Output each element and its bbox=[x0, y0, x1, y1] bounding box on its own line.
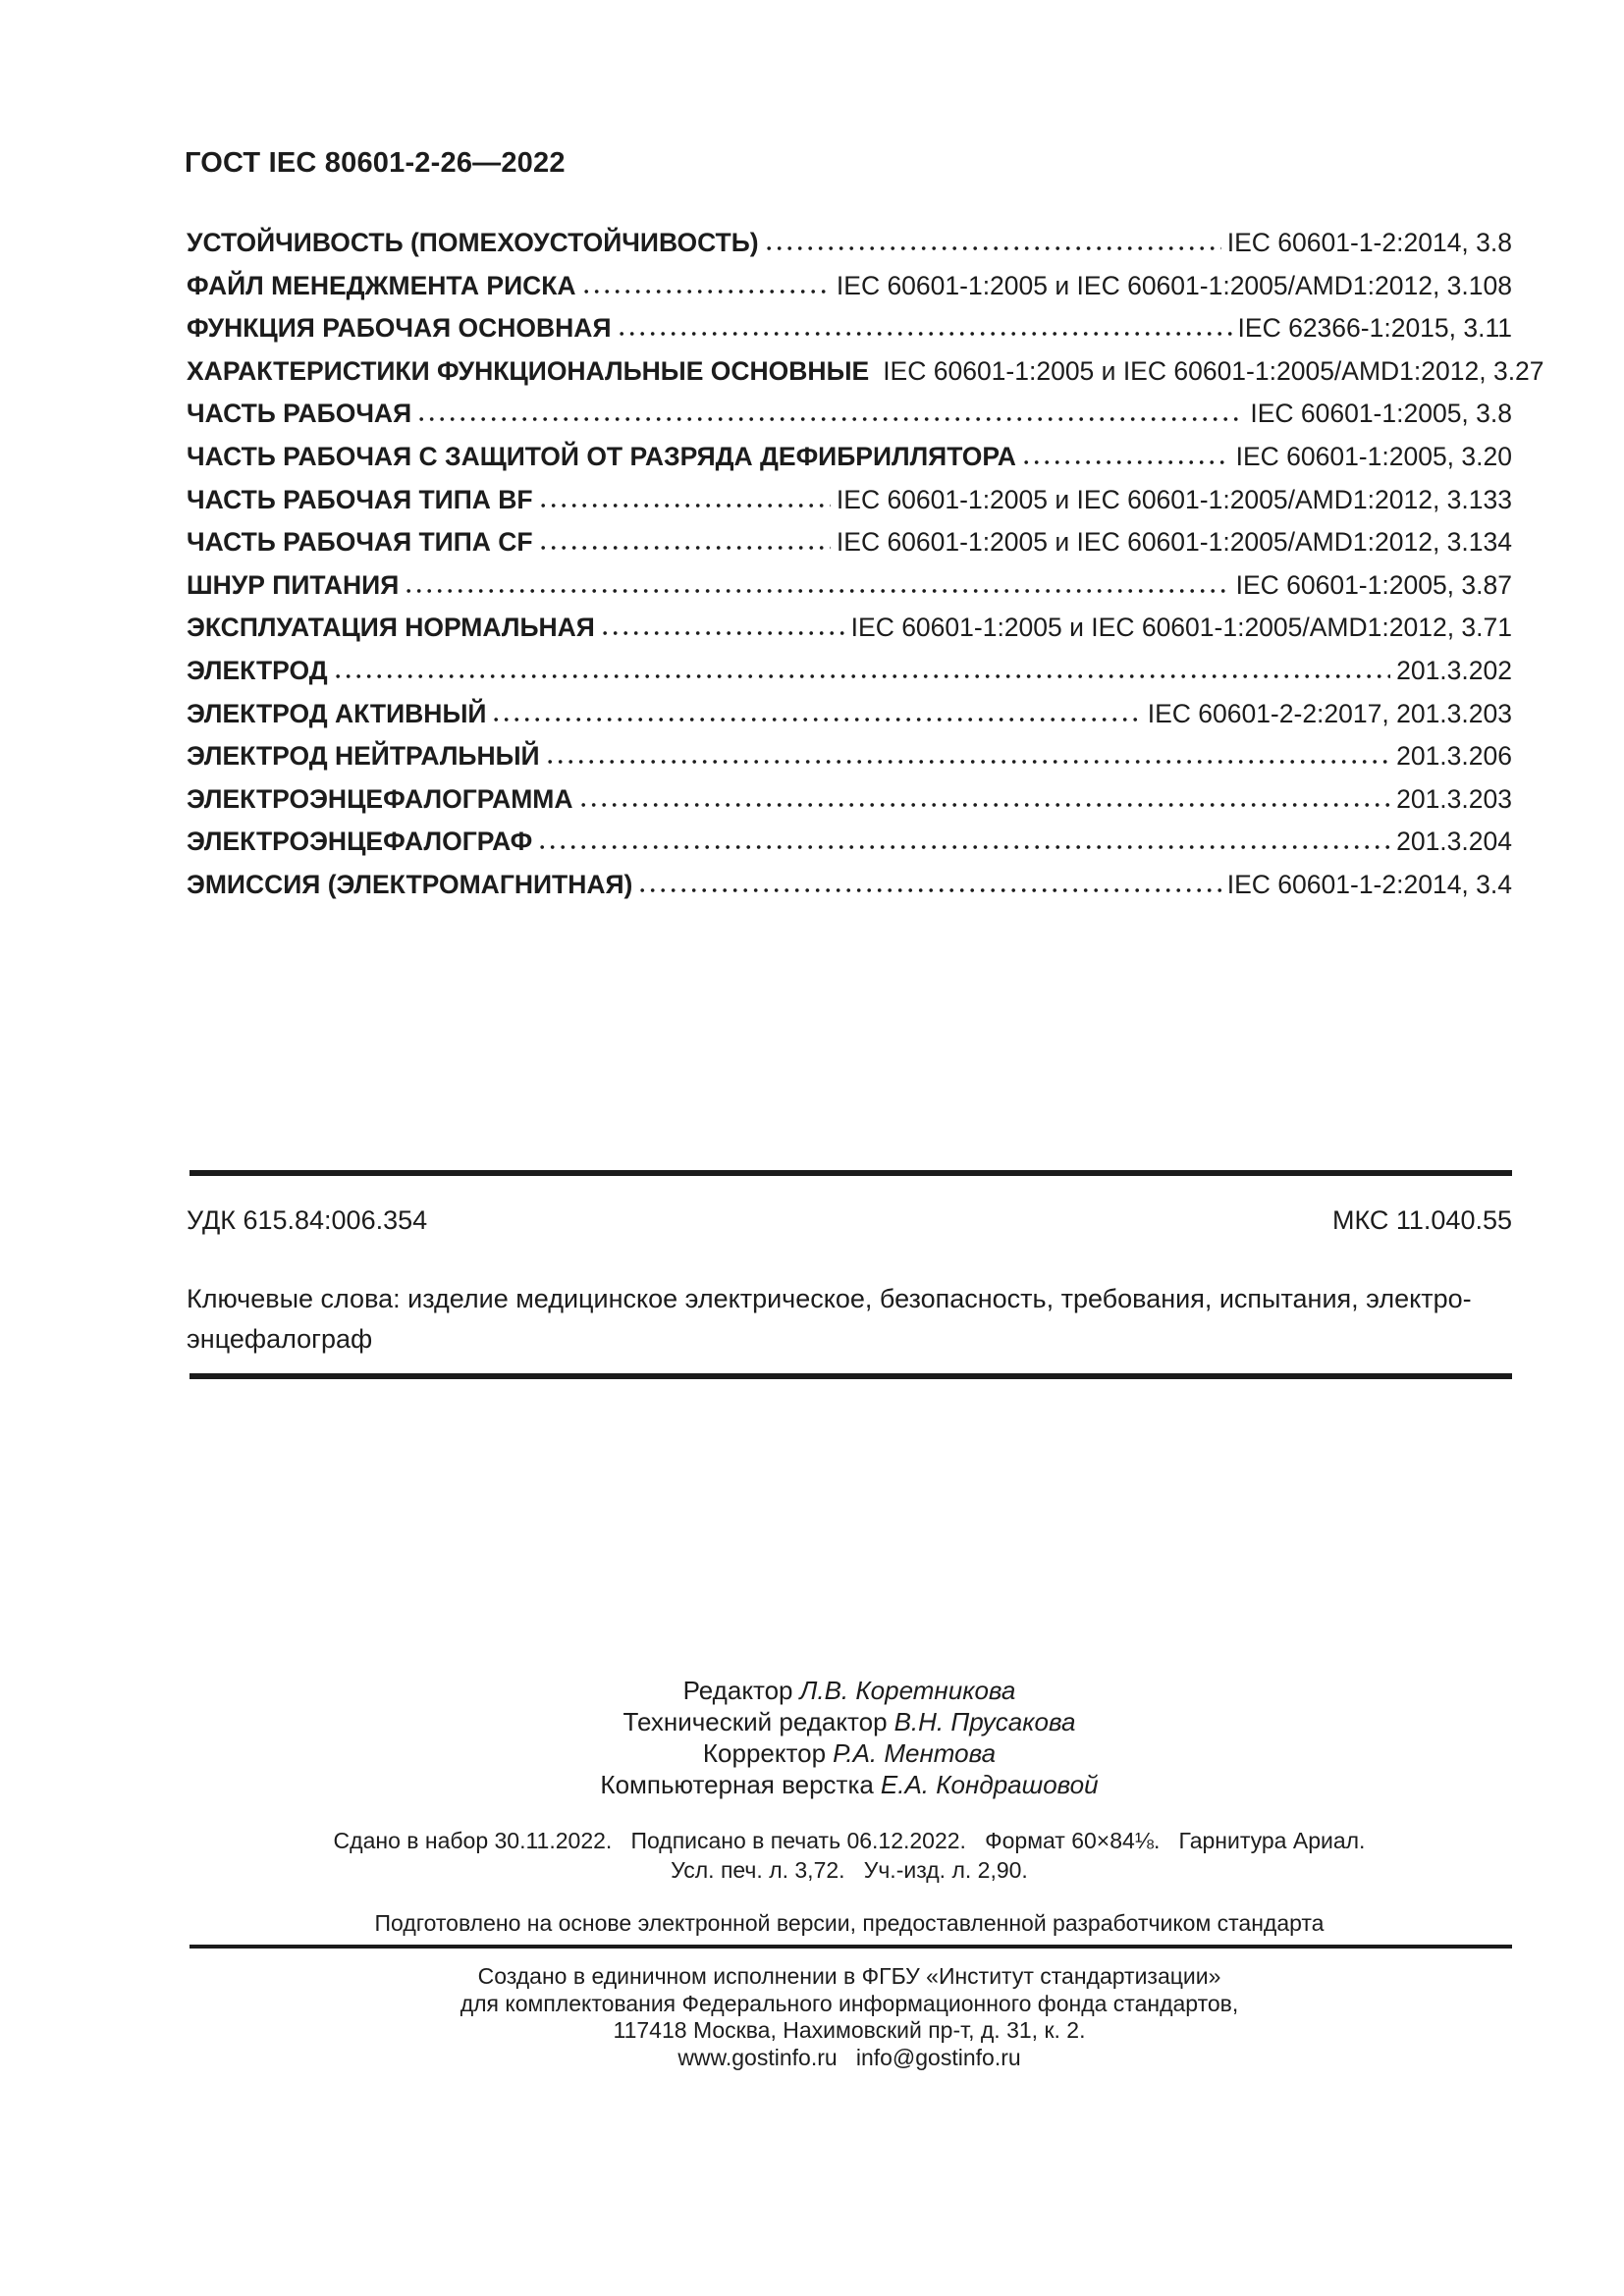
index-entry: ФУНКЦИЯ РАБОЧАЯ ОСНОВНАЯ IEC 62366-1:201… bbox=[187, 307, 1512, 350]
publisher-line: для комплектования Федерального информац… bbox=[187, 1991, 1512, 2018]
index-term: ЭКСПЛУАТАЦИЯ НОРМАЛЬНАЯ bbox=[187, 607, 595, 650]
dot-leader bbox=[541, 504, 831, 507]
credit-line: Технический редакторВ.Н. Прусакова bbox=[187, 1706, 1512, 1737]
index-ref: IEC 60601-1:2005 и IEC 60601-1:2005/AMD1… bbox=[837, 265, 1512, 308]
index-ref: IEC 60601-1-2:2014, 3.8 bbox=[1227, 222, 1512, 265]
index-entry: ЭЛЕКТРОД НЕЙТРАЛЬНЫЙ 201.3.206 bbox=[187, 735, 1512, 778]
index-ref: IEC 60601-1:2005, 3.87 bbox=[1236, 564, 1512, 608]
credit-role: Компьютерная верстка bbox=[600, 1770, 873, 1799]
dot-leader bbox=[540, 845, 1390, 849]
index-entry: ЧАСТЬ РАБОЧАЯ IEC 60601-1:2005, 3.8 bbox=[187, 393, 1512, 436]
credit-name: Р.А. Ментова bbox=[833, 1738, 996, 1768]
mks-code: МКС 11.040.55 bbox=[1332, 1205, 1512, 1236]
index-term: ЭЛЕКТРОЭНЦЕФАЛОГРАММА bbox=[187, 778, 573, 822]
index-term: ХАРАКТЕРИСТИКИ ФУНКЦИОНАЛЬНЫЕ ОСНОВНЫЕ bbox=[187, 350, 869, 394]
index-ref: IEC 60601-1:2005 и IEC 60601-1:2005/AMD1… bbox=[837, 521, 1512, 564]
index-ref: 201.3.206 bbox=[1396, 735, 1512, 778]
index-entry: ЭЛЕКТРОД АКТИВНЫЙ IEC 60601-2-2:2017, 20… bbox=[187, 693, 1512, 736]
index-entry: ШНУР ПИТАНИЯ IEC 60601-1:2005, 3.87 bbox=[187, 564, 1512, 608]
imprint-block: Сдано в набор 30.11.2022. Подписано в пе… bbox=[187, 1826, 1512, 1938]
keywords-line: энцефалограф bbox=[187, 1319, 1512, 1360]
publisher-address: 117418 Москва, Нахимовский пр-т, д. 31, … bbox=[187, 2017, 1512, 2045]
index-term: ЧАСТЬ РАБОЧАЯ ТИПА CF bbox=[187, 521, 533, 564]
credit-line: КорректорР.А. Ментова bbox=[187, 1737, 1512, 1769]
index-ref: IEC 60601-2-2:2017, 201.3.203 bbox=[1148, 693, 1512, 736]
index-entry: ЭЛЕКТРОЭНЦЕФАЛОГРАММА 201.3.203 bbox=[187, 778, 1512, 822]
index-entry: ЭКСПЛУАТАЦИЯ НОРМАЛЬНАЯ IEC 60601-1:2005… bbox=[187, 607, 1512, 650]
credit-role: Корректор bbox=[703, 1738, 826, 1768]
page-title: ГОСТ IEC 80601-2-26—2022 bbox=[185, 147, 566, 180]
publisher-line: Создано в единичном исполнении в ФГБУ «И… bbox=[187, 1963, 1512, 1991]
index-term: ЭЛЕКТРОД bbox=[187, 650, 328, 693]
dot-leader bbox=[581, 803, 1391, 807]
index-term: ФУНКЦИЯ РАБОЧАЯ ОСНОВНАЯ bbox=[187, 307, 612, 350]
index-ref: IEC 60601-1-2:2014, 3.4 bbox=[1227, 864, 1512, 907]
document-page: ГОСТ IEC 80601-2-26—2022 УСТОЙЧИВОСТЬ (П… bbox=[0, 0, 1624, 2296]
index-term: ЧАСТЬ РАБОЧАЯ С ЗАЩИТОЙ ОТ РАЗРЯДА ДЕФИБ… bbox=[187, 436, 1016, 479]
dot-leader bbox=[1024, 460, 1230, 464]
credit-role: Редактор bbox=[683, 1676, 793, 1705]
editorial-credits: РедакторЛ.В. Коретникова Технический ред… bbox=[187, 1675, 1512, 1800]
keywords-line: Ключевые слова: изделие медицинское элек… bbox=[187, 1279, 1512, 1319]
index-ref: IEC 60601-1:2005, 3.8 bbox=[1250, 393, 1512, 436]
index-ref: 201.3.204 bbox=[1396, 821, 1512, 864]
index-entry: ЭЛЕКТРОД 201.3.202 bbox=[187, 650, 1512, 693]
credit-name: Е.А. Кондрашовой bbox=[881, 1770, 1099, 1799]
index-ref: 201.3.202 bbox=[1396, 650, 1512, 693]
index-entry: ЭМИССИЯ (ЭЛЕКТРОМАГНИТНАЯ) IEC 60601-1-2… bbox=[187, 864, 1512, 907]
horizontal-rule-top bbox=[189, 1170, 1512, 1176]
dot-leader bbox=[336, 674, 1390, 678]
credit-name: В.Н. Прусакова bbox=[894, 1707, 1076, 1736]
horizontal-rule-bottom bbox=[189, 1945, 1512, 1949]
index-term: ЭМИССИЯ (ЭЛЕКТРОМАГНИТНАЯ) bbox=[187, 864, 632, 907]
index-term: ЭЛЕКТРОД АКТИВНЫЙ bbox=[187, 693, 486, 736]
dot-leader bbox=[620, 332, 1232, 336]
credit-role: Технический редактор bbox=[623, 1707, 888, 1736]
index-term: ЭЛЕКТРОД НЕЙТРАЛЬНЫЙ bbox=[187, 735, 540, 778]
dot-leader bbox=[541, 546, 831, 550]
index-term: ФАЙЛ МЕНЕДЖМЕНТА РИСКА bbox=[187, 265, 576, 308]
dot-leader bbox=[767, 246, 1221, 250]
index-ref: IEC 60601-1:2005 и IEC 60601-1:2005/AMD1… bbox=[837, 479, 1512, 522]
classification-codes: УДК 615.84:006.354 МКС 11.040.55 bbox=[187, 1205, 1512, 1236]
imprint-line: Усл. печ. л. 3,72. Уч.-изд. л. 2,90. bbox=[187, 1855, 1512, 1885]
credit-line: Компьютерная версткаЕ.А. Кондрашовой bbox=[187, 1769, 1512, 1800]
index-ref: IEC 60601-1:2005 и IEC 60601-1:2005/AMD1… bbox=[851, 607, 1512, 650]
index-entry: ЧАСТЬ РАБОЧАЯ ТИПА CF IEC 60601-1:2005 и… bbox=[187, 521, 1512, 564]
index-ref: IEC 60601-1:2005 и IEC 60601-1:2005/AMD1… bbox=[883, 350, 1543, 394]
index-entry: ФАЙЛ МЕНЕДЖМЕНТА РИСКА IEC 60601-1:2005 … bbox=[187, 265, 1512, 308]
index-ref: 201.3.203 bbox=[1396, 778, 1512, 822]
dot-leader bbox=[640, 888, 1220, 892]
index-ref: IEC 60601-1:2005, 3.20 bbox=[1236, 436, 1512, 479]
publisher-block: Создано в единичном исполнении в ФГБУ «И… bbox=[187, 1963, 1512, 2071]
dot-leader bbox=[548, 760, 1391, 764]
credit-line: РедакторЛ.В. Коретникова bbox=[187, 1675, 1512, 1706]
publisher-contacts: www.gostinfo.ru info@gostinfo.ru bbox=[187, 2045, 1512, 2072]
dot-leader bbox=[494, 718, 1141, 721]
dot-leader bbox=[406, 589, 1229, 593]
horizontal-rule-middle bbox=[189, 1373, 1512, 1379]
index-term: УСТОЙЧИВОСТЬ (ПОМЕХОУСТОЙЧИВОСТЬ) bbox=[187, 222, 759, 265]
dot-leader bbox=[584, 290, 831, 294]
index-entry: УСТОЙЧИВОСТЬ (ПОМЕХОУСТОЙЧИВОСТЬ) IEC 60… bbox=[187, 222, 1512, 265]
keywords-paragraph: Ключевые слова: изделие медицинское элек… bbox=[187, 1279, 1512, 1360]
dot-leader bbox=[603, 631, 845, 635]
prepared-note: Подготовлено на основе электронной верси… bbox=[187, 1908, 1512, 1938]
index-entry: ЭЛЕКТРОЭНЦЕФАЛОГРАФ 201.3.204 bbox=[187, 821, 1512, 864]
index-entry: ЧАСТЬ РАБОЧАЯ ТИПА BF IEC 60601-1:2005 и… bbox=[187, 479, 1512, 522]
index-entry: ХАРАКТЕРИСТИКИ ФУНКЦИОНАЛЬНЫЕ ОСНОВНЫЕ I… bbox=[187, 350, 1512, 394]
index-term: ЧАСТЬ РАБОЧАЯ bbox=[187, 393, 411, 436]
index-entry: ЧАСТЬ РАБОЧАЯ С ЗАЩИТОЙ ОТ РАЗРЯДА ДЕФИБ… bbox=[187, 436, 1512, 479]
credit-name: Л.В. Коретникова bbox=[800, 1676, 1016, 1705]
index-term: ЭЛЕКТРОЭНЦЕФАЛОГРАФ bbox=[187, 821, 532, 864]
index-term: ШНУР ПИТАНИЯ bbox=[187, 564, 399, 608]
udk-code: УДК 615.84:006.354 bbox=[187, 1205, 427, 1236]
dot-leader bbox=[419, 417, 1244, 421]
index-ref: IEC 62366-1:2015, 3.11 bbox=[1238, 307, 1512, 350]
index-list: УСТОЙЧИВОСТЬ (ПОМЕХОУСТОЙЧИВОСТЬ) IEC 60… bbox=[187, 222, 1512, 907]
imprint-line: Сдано в набор 30.11.2022. Подписано в пе… bbox=[187, 1826, 1512, 1855]
index-term: ЧАСТЬ РАБОЧАЯ ТИПА BF bbox=[187, 479, 533, 522]
